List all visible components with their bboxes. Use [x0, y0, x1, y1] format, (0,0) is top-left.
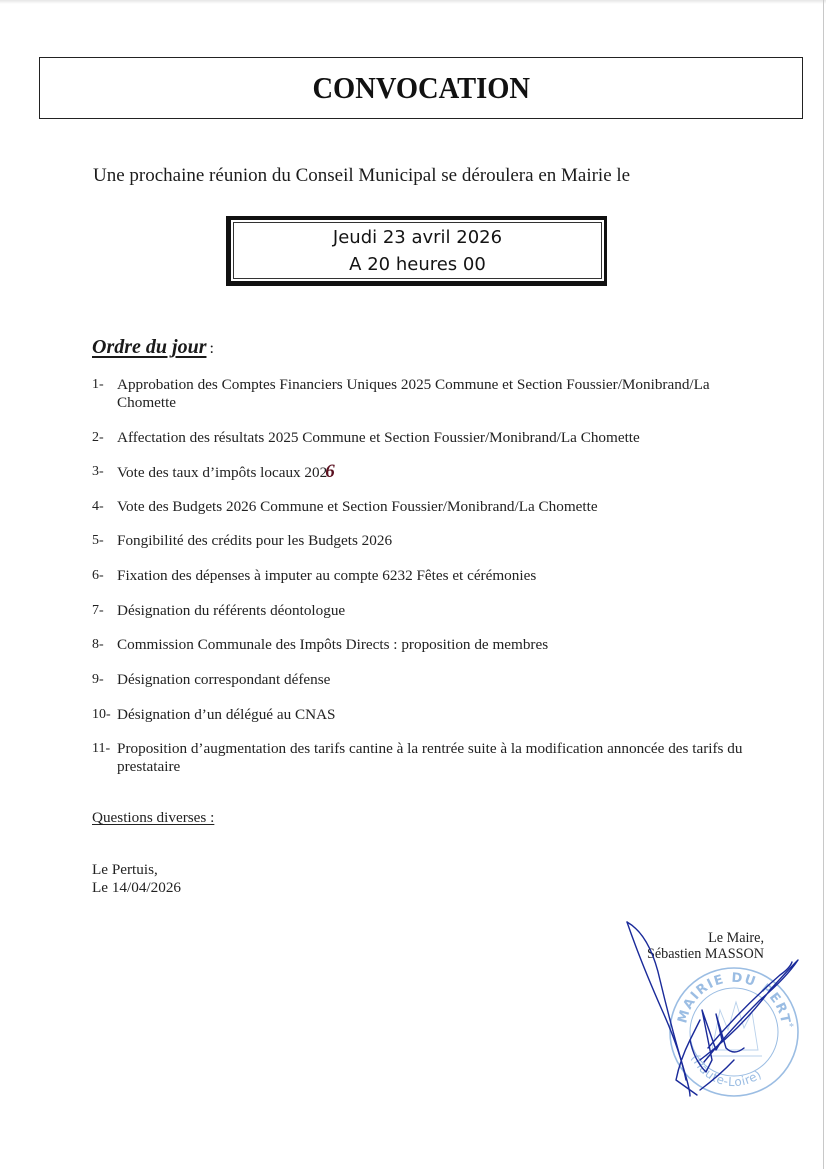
- agenda-item-text: Fongibilité des crédits pour les Budgets…: [117, 532, 772, 550]
- agenda-item: 1-Approbation des Comptes Financiers Uni…: [92, 376, 772, 412]
- scan-edge-right: [823, 0, 824, 1169]
- handwritten-correction: 6: [325, 461, 335, 482]
- agenda-item: 3-Vote des taux d’impôts locaux 2026: [92, 463, 772, 482]
- agenda-item: 10-Désignation d’un délégué au CNAS: [92, 706, 772, 724]
- agenda-item-text: Approbation des Comptes Financiers Uniqu…: [117, 376, 772, 412]
- agenda-item-number: 3-: [92, 463, 117, 482]
- questions-diverses: Questions diverses :: [92, 809, 214, 827]
- agenda-item-number: 2-: [92, 429, 117, 447]
- meeting-date-box: Jeudi 23 avril 2026 A 20 heures 00: [226, 216, 607, 286]
- agenda-item-number: 7-: [92, 602, 117, 620]
- agenda-item-number: 6-: [92, 567, 117, 585]
- issued-date: Le 14/04/2026: [92, 879, 181, 897]
- agenda-item-text: Désignation d’un délégué au CNAS: [117, 706, 772, 724]
- meeting-date-box-inner: Jeudi 23 avril 2026 A 20 heures 00: [233, 222, 602, 279]
- agenda-item-text: Désignation correspondant défense: [117, 671, 772, 689]
- agenda-item-text: Vote des Budgets 2026 Commune et Section…: [117, 498, 772, 516]
- agenda-item: 8-Commission Communale des Impôts Direct…: [92, 636, 772, 654]
- agenda-item-label: Désignation d’un délégué au CNAS: [117, 706, 336, 723]
- agenda-item-number: 10-: [92, 706, 117, 724]
- agenda-heading: Ordre du jour:: [92, 336, 214, 359]
- agenda-item: 6-Fixation des dépenses à imputer au com…: [92, 567, 772, 585]
- signature-block: Le Maire, Sébastien MASSON: [647, 930, 764, 962]
- agenda-item-label: Vote des taux d’impôts locaux 202: [117, 464, 327, 481]
- agenda-item-number: 8-: [92, 636, 117, 654]
- agenda-item: 9-Désignation correspondant défense: [92, 671, 772, 689]
- svg-text:(Haute-Loire): (Haute-Loire): [688, 1052, 764, 1089]
- agenda-item: 2-Affectation des résultats 2025 Commune…: [92, 429, 772, 447]
- agenda-item-label: Fongibilité des crédits pour les Budgets…: [117, 532, 392, 549]
- agenda-item-label: Proposition d’augmentation des tarifs ca…: [117, 740, 742, 775]
- agenda-item-text: Désignation du référents déontologue: [117, 602, 772, 620]
- signature-role: Le Maire,: [647, 930, 764, 946]
- agenda-item-label: Désignation du référents déontologue: [117, 602, 345, 619]
- intro-text: Une prochaine réunion du Conseil Municip…: [93, 165, 630, 187]
- agenda-item-number: 4-: [92, 498, 117, 516]
- place-date-block: Le Pertuis, Le 14/04/2026: [92, 861, 181, 897]
- meeting-time: A 20 heures 00: [349, 251, 486, 278]
- agenda-item-text: Affectation des résultats 2025 Commune e…: [117, 429, 772, 447]
- agenda-item-text: Proposition d’augmentation des tarifs ca…: [117, 740, 772, 776]
- agenda-heading-text: Ordre du jour: [92, 336, 206, 358]
- agenda-item: 5-Fongibilité des crédits pour les Budge…: [92, 532, 772, 550]
- agenda-item-label: Affectation des résultats 2025 Commune e…: [117, 429, 640, 446]
- agenda-heading-colon: :: [209, 340, 213, 357]
- agenda-item: 4-Vote des Budgets 2026 Commune et Secti…: [92, 498, 772, 516]
- agenda-item-label: Vote des Budgets 2026 Commune et Section…: [117, 498, 598, 515]
- agenda-item-text: Commission Communale des Impôts Directs …: [117, 636, 772, 654]
- agenda-item-label: Désignation correspondant défense: [117, 671, 330, 688]
- agenda-item: 7-Désignation du référents déontologue: [92, 602, 772, 620]
- signature-name: Sébastien MASSON: [647, 946, 764, 962]
- agenda-item-number: 11-: [92, 740, 117, 776]
- meeting-date: Jeudi 23 avril 2026: [333, 224, 502, 251]
- agenda-item-label: Fixation des dépenses à imputer au compt…: [117, 567, 536, 584]
- agenda-item-label: Commission Communale des Impôts Directs …: [117, 636, 548, 653]
- agenda-item: 11-Proposition d’augmentation des tarifs…: [92, 740, 772, 776]
- agenda-item-number: 1-: [92, 376, 117, 412]
- agenda-item-text: Vote des taux d’impôts locaux 2026: [117, 463, 772, 482]
- agenda-item-number: 9-: [92, 671, 117, 689]
- agenda-item-text: Fixation des dépenses à imputer au compt…: [117, 567, 772, 585]
- place: Le Pertuis,: [92, 861, 181, 879]
- scan-edge-top: [0, 0, 826, 4]
- agenda-item-label: Approbation des Comptes Financiers Uniqu…: [117, 376, 710, 411]
- agenda-item-number: 5-: [92, 532, 117, 550]
- title-box: CONVOCATION: [39, 57, 803, 119]
- svg-text:*: *: [789, 1022, 794, 1033]
- document-title: CONVOCATION: [312, 70, 530, 106]
